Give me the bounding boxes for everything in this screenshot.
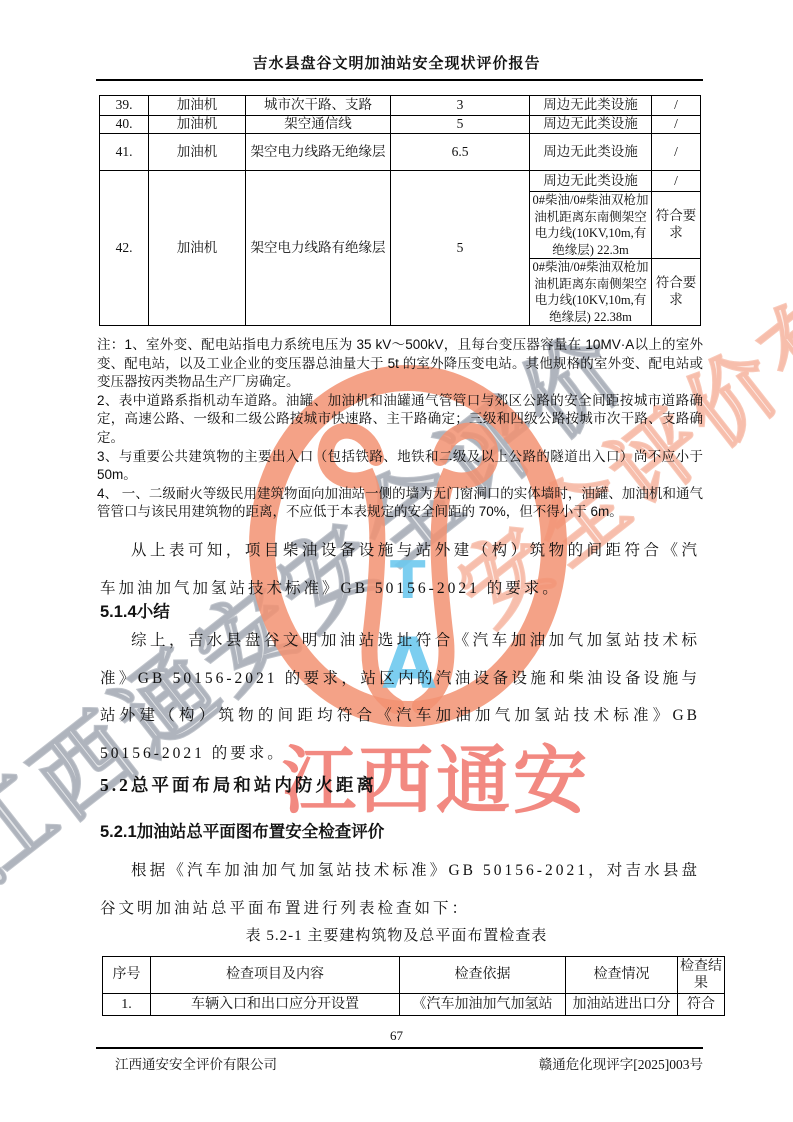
cell-basis: 《汽车加油加气加氢站 xyxy=(400,994,566,1016)
note-4: 4、 一、二级耐火等级民用建筑物面向加油站一侧的墙为无门窗洞口的实体墙时，油罐、… xyxy=(97,485,703,522)
cell-result: / xyxy=(652,116,701,134)
cell-situation: 周边无此类设施 xyxy=(530,96,652,116)
page-title: 吉水县盘谷文明加油站安全现状评价报告 xyxy=(0,52,793,73)
table-row: 42. 加油机 架空电力线路有绝缘层 5 周边无此类设施 / xyxy=(100,171,701,192)
table-row: 40. 加油机 架空通信线 5 周边无此类设施 / xyxy=(100,116,701,134)
cell-situation: 周边无此类设施 xyxy=(530,134,652,171)
note-3: 3、与重要公共建筑物的主要出入口（包括铁路、地铁和二级及以上公路的隧道出入口）尚… xyxy=(97,448,703,485)
paragraph-summary: 综上，吉水县盘谷文明加油站选址符合《汽车加油加气加氢站技术标准》GB 50156… xyxy=(100,622,700,772)
cell-no: 42. xyxy=(100,171,149,326)
cell-value: 3 xyxy=(391,96,530,116)
cell-result: 符合 xyxy=(678,994,725,1016)
note-2: 2、表中道路系指机动车道路。油罐、加油机和油罐通气管管口与郊区公路的安全间距按城… xyxy=(97,392,703,448)
paragraph-layout-check-intro: 根据《汽车加油加气加氢站技术标准》GB 50156-2021，对吉水县盘谷文明加… xyxy=(100,852,700,927)
cell-result: 符合要求 xyxy=(652,192,701,259)
cell-item: 架空电力线路无绝缘层 xyxy=(246,134,391,171)
cell-device: 加油机 xyxy=(149,171,246,326)
cell-no: 39. xyxy=(100,96,149,116)
cell-result: / xyxy=(652,96,701,116)
heading-5-2: 5.2总平面布局和站内防火距离 xyxy=(100,772,377,797)
table-row: 39. 加油机 城市次干路、支路 3 周边无此类设施 / xyxy=(100,96,701,116)
layout-check-table: 序号 检查项目及内容 检查依据 检查情况 检查结果 1. 车辆入口和出口应分开设… xyxy=(102,956,725,1016)
cell-no: 41. xyxy=(100,134,149,171)
cell-device: 加油机 xyxy=(149,116,246,134)
header-item: 检查项目及内容 xyxy=(151,957,400,994)
header-rule xyxy=(96,79,703,81)
cell-no: 1. xyxy=(103,994,151,1016)
table-row: 41. 加油机 架空电力线路无绝缘层 6.5 周边无此类设施 / xyxy=(100,134,701,171)
cell-result: 符合要求 xyxy=(652,259,701,326)
header-basis: 检查依据 xyxy=(400,957,566,994)
cell-result: / xyxy=(652,171,701,192)
report-page: 江西通安安全评价 安全评价有限公司 T A 江西通安 吉水县盘谷文明加油站安全现… xyxy=(0,0,793,1122)
heading-5-1-4: 5.1.4小结 xyxy=(100,598,170,622)
footer-rule xyxy=(96,1047,703,1049)
cell-item: 城市次干路、支路 xyxy=(246,96,391,116)
cell-situation: 0#柴油/0#柴油双枪加油机距离东南侧架空电力线(10KV,10m,有绝缘层) … xyxy=(530,192,652,259)
cell-value: 5 xyxy=(391,171,530,326)
cell-item: 车辆入口和出口应分开设置 xyxy=(151,994,400,1016)
footer-doc-number: 赣通危化现评字[2025]003号 xyxy=(0,1053,703,1073)
table-header-row: 序号 检查项目及内容 检查依据 检查情况 检查结果 xyxy=(103,957,725,994)
cell-item: 架空通信线 xyxy=(246,116,391,134)
cell-situation: 加油站进出口分 xyxy=(566,994,678,1016)
header-no: 序号 xyxy=(103,957,151,994)
cell-situation: 周边无此类设施 xyxy=(530,171,652,192)
page-number: 67 xyxy=(0,1028,793,1044)
cell-no: 40. xyxy=(100,116,149,134)
table-5-2-1-caption: 表 5.2-1 主要建构筑物及总平面布置检查表 xyxy=(0,924,793,945)
table-row: 1. 车辆入口和出口应分开设置 《汽车加油加气加氢站 加油站进出口分 符合 xyxy=(103,994,725,1016)
cell-value: 6.5 xyxy=(391,134,530,171)
header-result: 检查结果 xyxy=(678,957,725,994)
table-notes: 注：1、室外变、配电站指电力系统电压为 35 kV～500kV，且每台变压器容量… xyxy=(97,336,703,522)
cell-device: 加油机 xyxy=(149,134,246,171)
page-content: 吉水县盘谷文明加油站安全现状评价报告 39. 加油机 城市次干路、支路 3 周边… xyxy=(0,0,793,1122)
paragraph-conclusion-diesel: 从上表可知，项目柴油设备设施与站外建（构）筑物的间距符合《汽车加油加气加氢站技术… xyxy=(100,532,700,607)
cell-value: 5 xyxy=(391,116,530,134)
cell-situation: 周边无此类设施 xyxy=(530,116,652,134)
cell-situation: 0#柴油/0#柴油双枪加油机距离东南侧架空电力线(10KV,10m,有绝缘层) … xyxy=(530,259,652,326)
cell-device: 加油机 xyxy=(149,96,246,116)
cell-item: 架空电力线路有绝缘层 xyxy=(246,171,391,326)
distance-check-table: 39. 加油机 城市次干路、支路 3 周边无此类设施 / 40. 加油机 架空通… xyxy=(99,95,701,326)
heading-5-2-1: 5.2.1加油站总平面图布置安全检查评价 xyxy=(100,818,384,842)
header-situation: 检查情况 xyxy=(566,957,678,994)
note-1: 注：1、室外变、配电站指电力系统电压为 35 kV～500kV，且每台变压器容量… xyxy=(97,336,703,392)
cell-result: / xyxy=(652,134,701,171)
